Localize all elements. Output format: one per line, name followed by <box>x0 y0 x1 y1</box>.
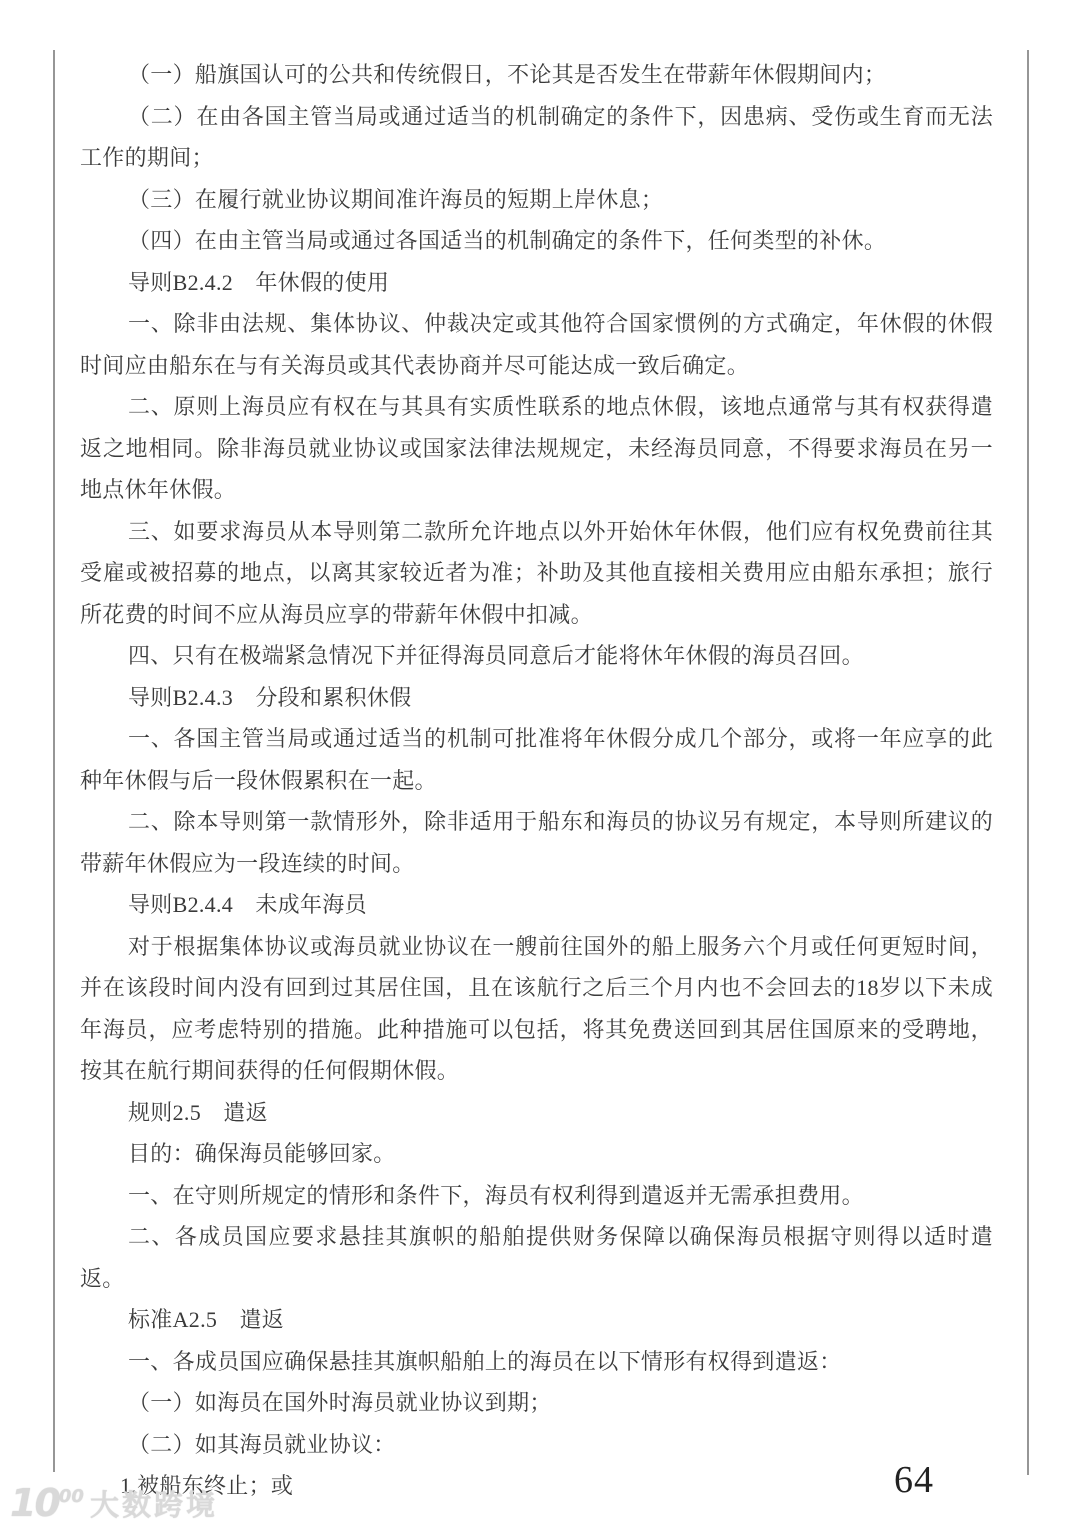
watermark-brand-icon: 1000 <box>10 1478 84 1522</box>
page-number: 64 <box>894 1458 964 1502</box>
page-edge-line-right <box>1027 50 1029 1475</box>
paragraph: 一、在守则所规定的情形和条件下，海员有权利得到遣返并无需承担费用。 <box>80 1175 993 1217</box>
scanned-document-page: { "document": { "paragraphs": [ { "style… <box>0 0 1080 1528</box>
paragraph: （三）在履行就业协议期间准许海员的短期上岸休息； <box>80 179 993 221</box>
watermark-brand-text: 大数跨境 <box>90 1488 218 1522</box>
paragraph: 导则B2.4.4 未成年海员 <box>80 884 993 926</box>
paragraph: （一）如海员在国外时海员就业协议到期； <box>80 1382 993 1424</box>
paragraph: 导则B2.4.3 分段和累积休假 <box>80 677 993 719</box>
watermark-logo: 1000 大数跨境 <box>10 1478 218 1522</box>
paragraph: （二）在由各国主管当局或通过适当的机制确定的条件下，因患病、受伤或生育而无法工作… <box>80 96 993 179</box>
paragraph: 一、各国主管当局或通过适当的机制可批准将年休假分成几个部分，或将一年应享的此种年… <box>80 718 993 801</box>
paragraph: 对于根据集体协议或海员就业协议在一艘前往国外的船上服务六个月或任何更短时间，并在… <box>80 926 993 1092</box>
paragraph: 四、只有在极端紧急情况下并征得海员同意后才能将休年休假的海员召回。 <box>80 635 993 677</box>
paragraph: 规则2.5 遣返 <box>80 1092 993 1134</box>
paragraph: 目的：确保海员能够回家。 <box>80 1133 993 1175</box>
paragraph: 三、如要求海员从本导则第二款所允许地点以外开始休年休假，他们应有权免费前往其受雇… <box>80 511 993 636</box>
paragraph: （四）在由主管当局或通过各国适当的机制确定的条件下，任何类型的补休。 <box>80 220 993 262</box>
paragraph: 二、各成员国应要求悬挂其旗帜的船舶提供财务保障以确保海员根据守则得以适时遣返。 <box>80 1216 993 1299</box>
paragraph: 导则B2.4.2 年休假的使用 <box>80 262 993 304</box>
document-body: （一）船旗国认可的公共和传统假日，不论其是否发生在带薪年休假期间内；（二）在由各… <box>80 54 993 1507</box>
paragraph: 标准A2.5 遣返 <box>80 1299 993 1341</box>
paragraph: （二）如其海员就业协议： <box>80 1424 993 1466</box>
paragraph: 一、各成员国应确保悬挂其旗帜船舶上的海员在以下情形有权得到遣返： <box>80 1341 993 1383</box>
paragraph: 一、除非由法规、集体协议、仲裁决定或其他符合国家惯例的方式确定，年休假的休假时间… <box>80 303 993 386</box>
paragraph: （一）船旗国认可的公共和传统假日，不论其是否发生在带薪年休假期间内； <box>80 54 993 96</box>
paragraph: 二、除本导则第一款情形外，除非适用于船东和海员的协议另有规定，本导则所建议的带薪… <box>80 801 993 884</box>
paragraph: 二、原则上海员应有权在与其具有实质性联系的地点休假，该地点通常与其有权获得遣返之… <box>80 386 993 511</box>
page-edge-line-left <box>53 50 55 1472</box>
